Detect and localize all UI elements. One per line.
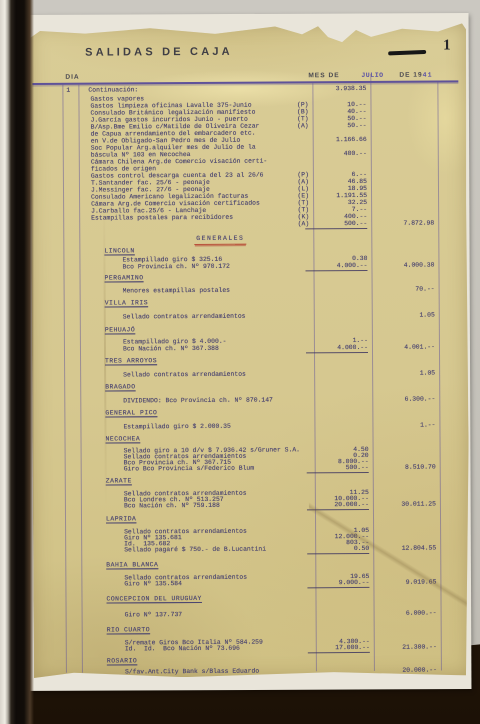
section-name: PERGAMINO [105, 275, 144, 282]
section-name: PEHUAJÓ [105, 327, 135, 334]
ledger-line: Sellado pagaré $ 750.- de B.Lucantini0.5… [33, 545, 469, 555]
total-amount: 70.-- [372, 287, 435, 294]
partial-amount: 20.000.-- [307, 502, 369, 511]
section-name: TRES ARROYOS [105, 358, 157, 365]
total-amount: 30.011.25 [373, 502, 436, 509]
entry-description: Id. Id. Bco Nación Nº 73.696 [125, 646, 240, 653]
ledger-line: Bco Nación ch. Nº 759.18820.000.--30.011… [33, 501, 469, 511]
section-name: GENERALES [194, 236, 246, 245]
ledger-line: 1Continuación:3.938.35 [30, 85, 466, 95]
section-header: RIO CUARTO [34, 625, 470, 635]
total-amount: 4.000.30 [371, 263, 434, 270]
ledger-line: DIVIDENDO: Bco Provincia ch. Nº 870.1476… [32, 396, 468, 406]
ledger-line: Bco Nación ch. Nº 367.3884.000.--4.001.-… [32, 344, 468, 354]
section-name: BRAGADO [105, 384, 135, 391]
entry-description: Estampillado giro $ 2.000.35 [123, 424, 230, 431]
section-name: VILLA IRIS [105, 300, 148, 307]
total-amount: 21.300.-- [374, 645, 437, 652]
section-name: RIO CUARTO [107, 627, 150, 634]
ledger-line: Id. Id. Bco Nación Nº 73.69617.000.--21.… [34, 644, 470, 654]
book-spine [0, 0, 34, 724]
entry-description: S/fav.Ant.City Bank s/Blass Eduardo [125, 669, 259, 677]
total-amount: 8.510.70 [373, 465, 436, 472]
entry-description: Sellado pagaré $ 750.- de B.Lucantini [124, 547, 266, 555]
total-amount: 4.001.-- [372, 345, 435, 352]
ledger-body: 1Continuación:3.938.35Gastos vaporesGast… [30, 23, 470, 678]
total-amount: 1.-- [372, 423, 435, 430]
generales-heading: GENERALES [31, 234, 467, 244]
section-name: ROSARIO [107, 658, 137, 665]
section-header: BRAGADO [32, 382, 468, 392]
section-name: NECOCHEA [106, 436, 141, 443]
section-header: GENERAL PICO [32, 408, 468, 418]
ledger-line: Giro Bco Provincia s/Federico Blum500.--… [33, 464, 469, 474]
entry-description: DIVIDENDO: Bco Provincia ch. Nº 870.147 [123, 398, 273, 406]
section-header: TRES ARROYOS [32, 356, 468, 366]
entry-description: Bco Nación ch. Nº 367.388 [123, 346, 219, 353]
ledger-paper: SALIDAS DE CAJA 1 DIA MES DE JULIO DE 19… [30, 23, 470, 678]
ledger-line: Giro Nº 137.7376.000.-- [34, 610, 470, 620]
partial-amount: 0.50 [307, 546, 369, 555]
entry-description: Giro Bco Provincia s/Federico Blum [124, 466, 254, 474]
section-header: VILLA IRIS [32, 298, 468, 308]
ledger-line: Bco Provincia ch. Nº 970.1724.000.--4.00… [31, 262, 467, 272]
ledger-line: Menores estampillas postales70.-- [32, 286, 468, 296]
section-name: LAPRIDA [106, 516, 136, 523]
entry-description: Giro Nº 137.737 [125, 612, 183, 619]
entry-description: Menores estampillas postales [123, 288, 230, 295]
total-amount: 6.000.-- [374, 611, 437, 618]
section-header: LAPRIDA [33, 514, 469, 524]
section-header: LINCOLN [31, 246, 467, 256]
entry-description: Giro Nº 135.584 [124, 581, 182, 588]
ledger-line: Sellado contratos arrendamientos1.05 [32, 312, 468, 322]
entry-description: Bco Provincia ch. Nº 970.172 [122, 264, 229, 271]
ledger-line: Giro Nº 135.5849.000.--9.019.65 [33, 579, 469, 589]
partial-amount: 4.000.-- [305, 263, 367, 272]
total-amount: 7.872.98 [371, 221, 434, 228]
day-value: 1 [66, 88, 70, 95]
section-header: BAHIA BLANCA [33, 560, 469, 570]
entry-description: Continuación: [88, 87, 138, 94]
entry-description: Sellado contratos arrendamientos [123, 372, 246, 380]
ledger-line: Estampillado giro $ 2.000.351.-- [32, 422, 468, 432]
ledger-line: Sellado contratos arrendamientos1.05 [32, 370, 468, 380]
partial-amount: 4.000.-- [306, 345, 368, 354]
total-amount: 1.05 [372, 371, 435, 378]
section-header: PEHUAJÓ [32, 325, 468, 335]
section-header: PERGAMINO [32, 273, 468, 283]
section-name: ZARATE [106, 478, 132, 485]
total-amount: 9.019.65 [373, 580, 436, 587]
partial-amount: 500.-- [305, 221, 367, 230]
section-name: CONCEPCION DEL URUGUAY [106, 596, 201, 603]
entry-description: Bco Nación ch. Nº 759.188 [124, 503, 220, 510]
section-header: ROSARIO [34, 656, 470, 666]
total-amount: 1.05 [372, 313, 435, 320]
section-name: GENERAL PICO [105, 410, 157, 417]
entry-description: Sellado contratos arrendamientos [123, 314, 246, 322]
section-name: LINCOLN [104, 248, 134, 255]
section-header: CONCEPCION DEL URUGUAY [33, 594, 469, 604]
partial-amount: 500.-- [307, 465, 369, 474]
section-header: NECOCHEA [33, 434, 469, 444]
total-amount: 6.300.-- [372, 397, 435, 404]
total-amount: 12.804.55 [373, 546, 436, 553]
partial-amount: 9.000.-- [307, 580, 369, 589]
section-header: ZARATE [33, 476, 469, 486]
section-name: BAHIA BLANCA [106, 562, 158, 569]
partial-amount: 17.000.-- [308, 645, 370, 654]
ledger-line: (A)500.--7.872.98 [31, 220, 467, 230]
partial-amount: 3.938.35 [304, 86, 366, 93]
